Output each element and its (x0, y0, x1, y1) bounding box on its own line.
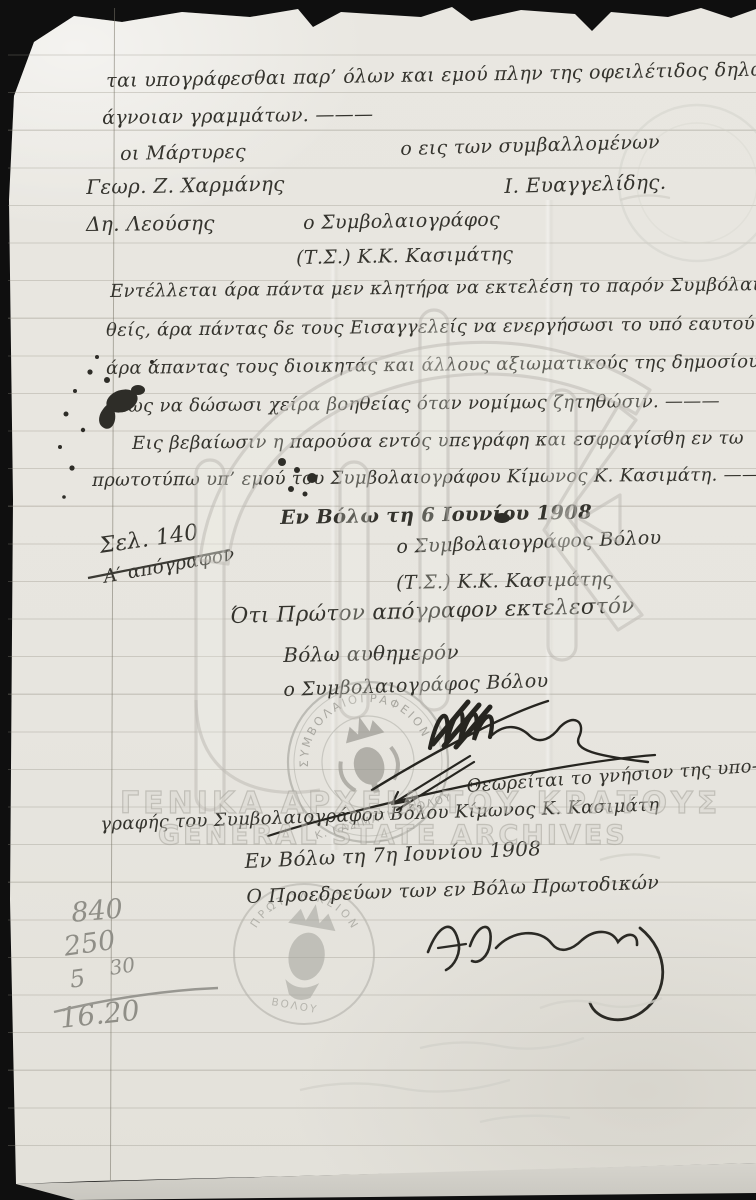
logo-bar (340, 462, 368, 718)
watermark-text-greek: ΓΕΝΙΚΑ ΑΡΧΕΙΑ ΤΟΥ ΚΡΑΤΟΥΣ (120, 786, 721, 821)
document-scan: ΣΥΜΒΟΛΑΙΟΓΡΑΦΕΙΟΝ Κ. ΚΑΣΙΜΑΤΗΣ ΒΟΛΟΥ ΠΡΩ… (0, 0, 756, 1200)
pencil-sum-line (54, 988, 218, 1012)
logo-arrow (580, 495, 620, 543)
watermark-text-english: GENERAL STATE ARCHIVES (158, 820, 628, 851)
archive-logo-watermark (140, 258, 680, 828)
